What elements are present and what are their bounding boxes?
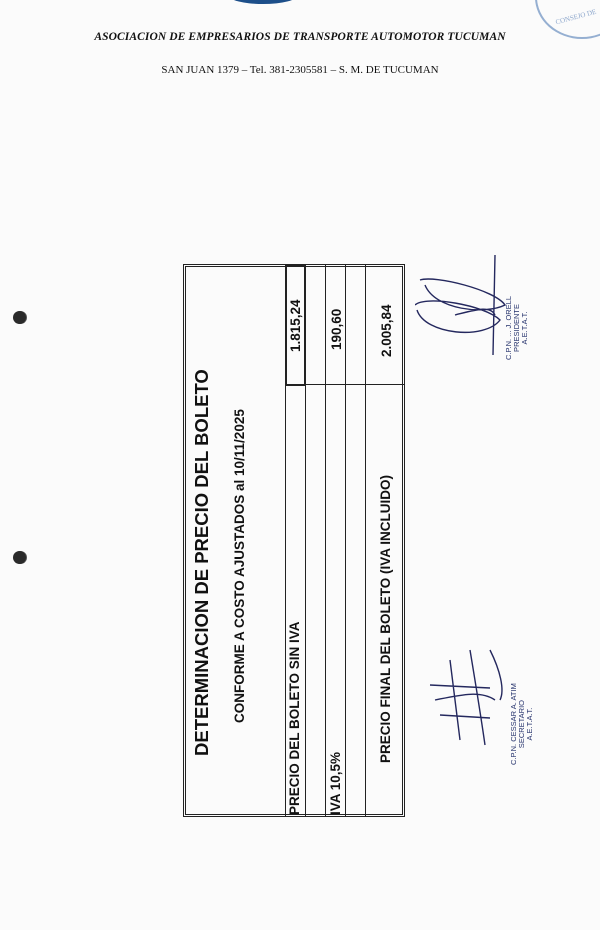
row-value-sin-iva: 1.815,24 bbox=[288, 299, 303, 352]
stamp-text: CONSEJO DE bbox=[555, 8, 597, 27]
signature-label-president: C.P.N. ... J. ORELL PRESIDENTE A.E.T.A.T… bbox=[505, 296, 529, 360]
row-label-total: PRECIO FINAL DEL BOLETO (IVA INCLUIDO) bbox=[378, 475, 393, 763]
signature-label-secretary: C.P.N. CESSAR A. ATIM SECRETARIO A.E.T.A… bbox=[510, 683, 534, 765]
table-divider bbox=[325, 264, 326, 817]
signature-secretary bbox=[420, 640, 510, 750]
signer-org: A.E.T.A.T. bbox=[521, 296, 529, 360]
organization-address: SAN JUAN 1379 – Tel. 381-2305581 – S. M.… bbox=[0, 64, 600, 76]
document-title: DETERMINACION DE PRECIO DEL BOLETO bbox=[191, 369, 213, 756]
logo-emblem bbox=[228, 0, 298, 4]
organization-name: ASOCIACION DE EMPRESARIOS DE TRANSPORTE … bbox=[0, 31, 600, 43]
signer-org: A.E.T.A.T. bbox=[526, 683, 534, 765]
table-divider bbox=[345, 264, 346, 817]
punch-hole bbox=[13, 551, 26, 564]
row-value-iva: 190,60 bbox=[329, 309, 344, 350]
row-label-sin-iva: PRECIO DEL BOLETO SIN IVA bbox=[287, 621, 302, 815]
row-label-iva: IVA 10,5% bbox=[328, 752, 343, 815]
table-divider bbox=[285, 384, 405, 385]
row-value-total: 2.005,84 bbox=[379, 304, 394, 357]
table-divider bbox=[365, 264, 366, 817]
signature-president bbox=[415, 245, 515, 365]
document-subtitle: CONFORME A COSTO AJUSTADOS al 10/11/2025 bbox=[232, 409, 247, 723]
punch-hole bbox=[13, 311, 26, 324]
